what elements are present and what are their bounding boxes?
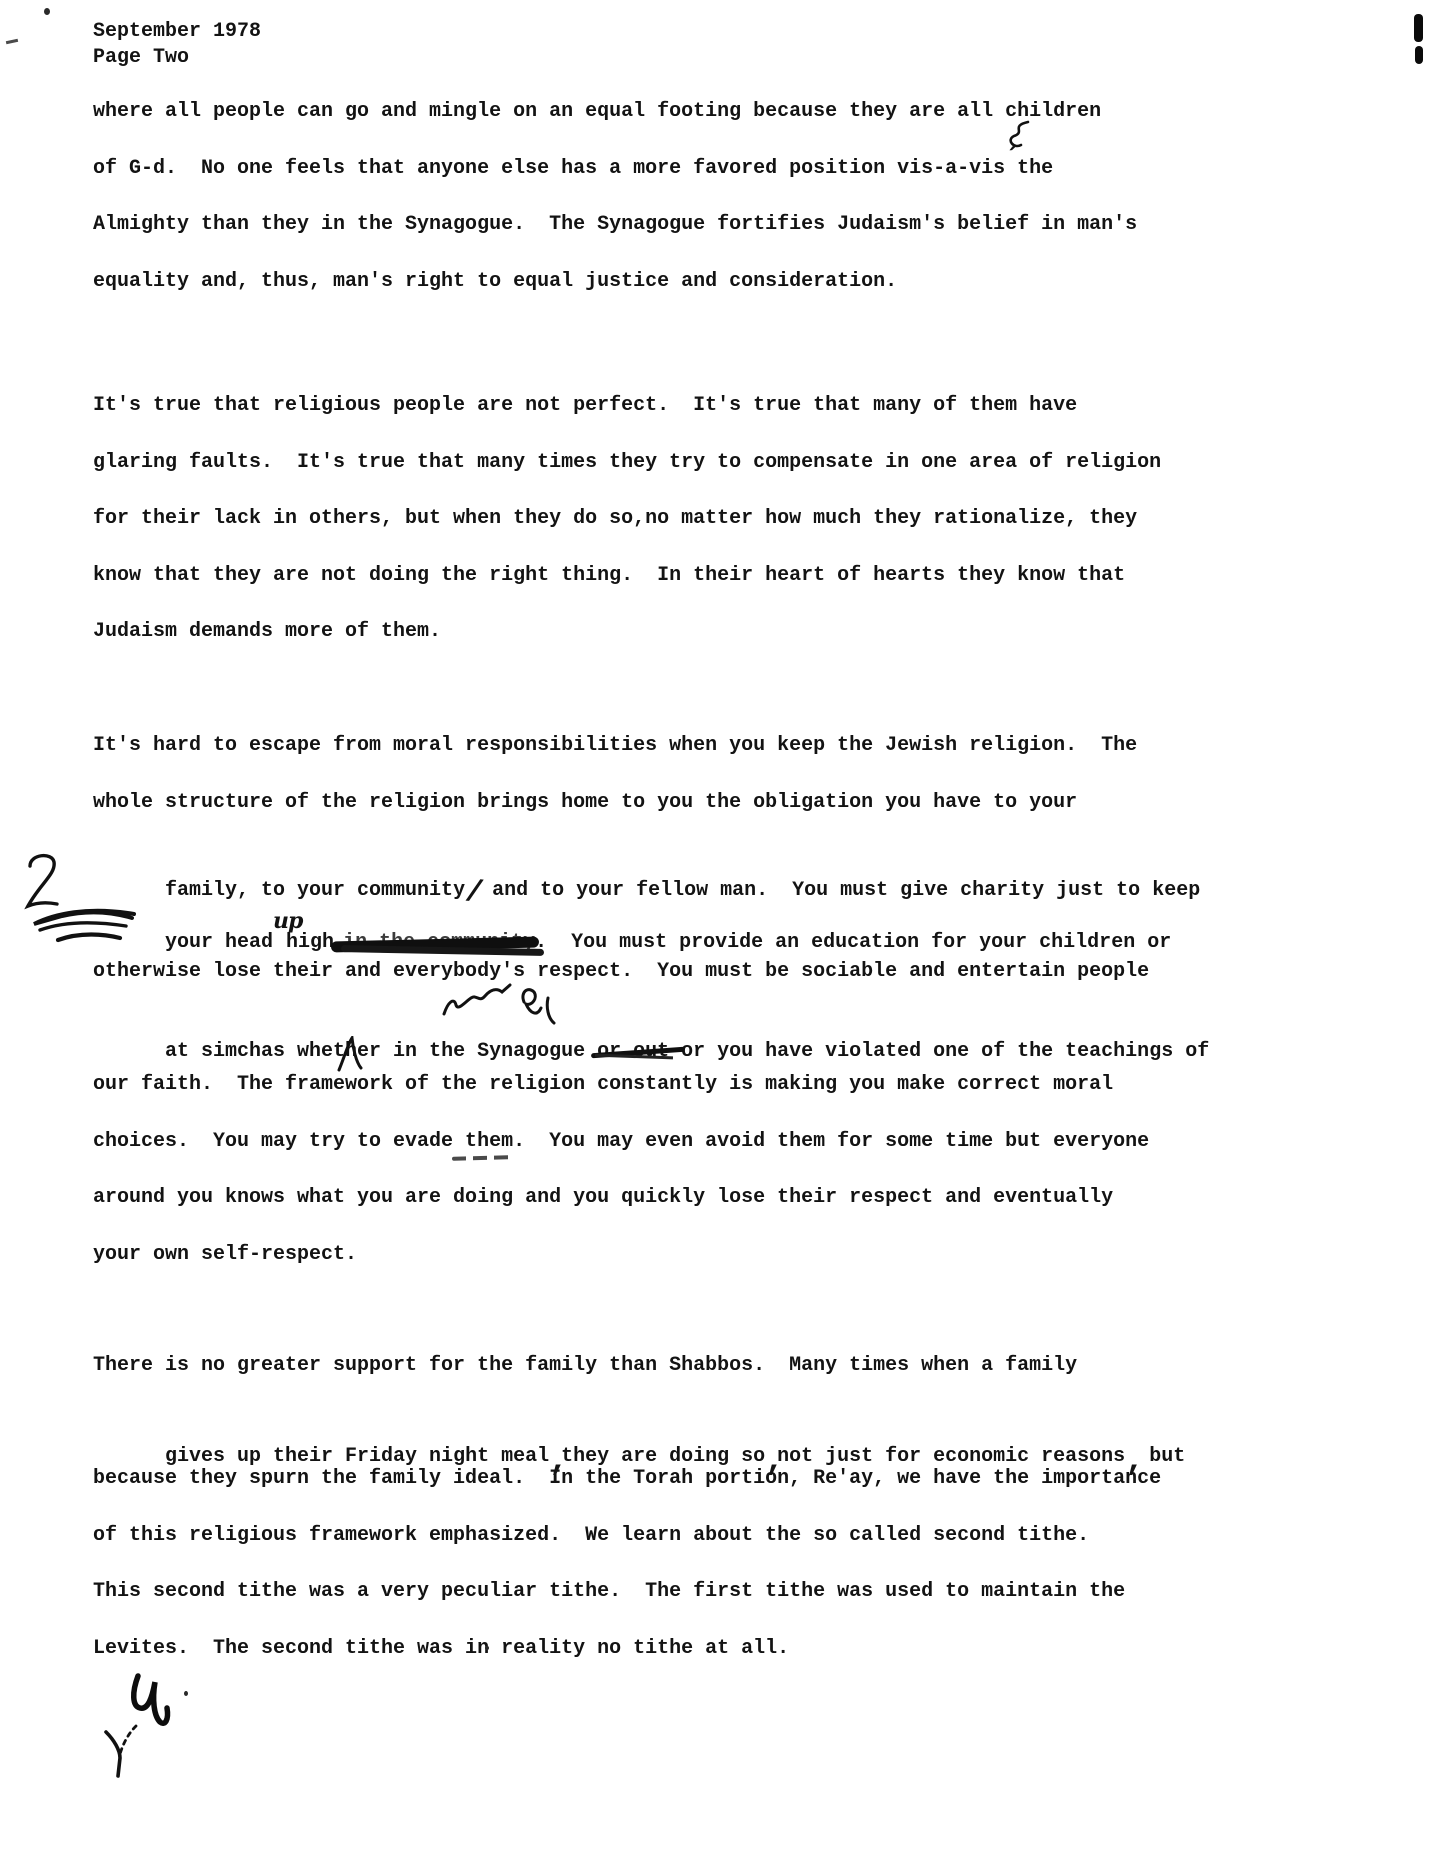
text-line-edited: gives up their Friday night meal,they ar… bbox=[93, 1411, 1185, 1468]
text-line: know that they are not doing the right t… bbox=[93, 564, 1161, 621]
text-line: equality and, thus, man's right to equal… bbox=[93, 270, 1137, 327]
scan-speck bbox=[44, 8, 50, 15]
text-line: whole structure of the religion brings h… bbox=[93, 791, 1209, 848]
document-page: September 1978 Page Two where all people… bbox=[0, 0, 1430, 1851]
text-line: otherwise lose their and everybody's res… bbox=[93, 960, 1209, 1017]
text-line: Almighty than they in the Synagogue. The… bbox=[93, 213, 1137, 270]
handwritten-caret-mark bbox=[336, 1036, 364, 1074]
text-line: where all people can go and mingle on an… bbox=[93, 100, 1137, 157]
text-segment: but bbox=[1137, 1445, 1185, 1468]
text-line: your own self-respect. bbox=[93, 1243, 1209, 1300]
struck-out-text: in the community bbox=[343, 931, 535, 954]
text-segment: not just for economic reasons bbox=[777, 1445, 1125, 1468]
text-segment: they are doing so bbox=[561, 1445, 765, 1468]
text-line: of G-d. No one feels that anyone else ha… bbox=[93, 157, 1137, 214]
text-line-edited: your headuphighin the community. You mus… bbox=[93, 904, 1209, 961]
header-date: September 1978 bbox=[93, 20, 261, 46]
text-line: It's true that religious people are not … bbox=[93, 394, 1161, 451]
scan-speck bbox=[184, 1691, 188, 1696]
page-header: September 1978 Page Two bbox=[93, 20, 261, 72]
text-segment: family, to your community bbox=[165, 879, 465, 902]
paragraph-3: It's hard to escape from moral responsib… bbox=[93, 734, 1209, 1299]
text-line: around you knows what you are doing and … bbox=[93, 1186, 1209, 1243]
header-page-label: Page Two bbox=[93, 46, 261, 72]
text-segment: the Synagogue bbox=[429, 1040, 597, 1063]
paragraph-1: where all people can go and mingle on an… bbox=[93, 100, 1137, 326]
scan-dash-mark bbox=[6, 39, 18, 44]
text-line-edited: at simchas whether in the Synagogue or o… bbox=[93, 1017, 1209, 1074]
paragraph-2: It's true that religious people are not … bbox=[93, 394, 1161, 677]
text-segment: . You must provide an education for your… bbox=[535, 931, 1171, 954]
text-segment: or you have violated one of the teaching… bbox=[669, 1040, 1209, 1063]
text-line: Levites. The second tithe was in reality… bbox=[93, 1637, 1185, 1694]
text-segment: and to your fellow man. You must give ch… bbox=[480, 879, 1200, 902]
text-line: choices. You may try to evade them. You … bbox=[93, 1130, 1209, 1187]
text-line: because they spurn the family ideal. In … bbox=[93, 1467, 1185, 1524]
text-line: of this religious framework emphasized. … bbox=[93, 1524, 1185, 1581]
scan-edge-mark bbox=[1414, 14, 1423, 42]
text-segment: your head bbox=[165, 931, 273, 954]
text-line-edited: family, to your community/ and to your f… bbox=[93, 847, 1209, 904]
handwritten-slash-mark: / bbox=[463, 875, 482, 911]
text-segment: gives up their Friday night meal bbox=[165, 1445, 549, 1468]
text-line: It's hard to escape from moral responsib… bbox=[93, 734, 1209, 791]
text-line: There is no greater support for the fami… bbox=[93, 1354, 1185, 1411]
struck-out-text: or out bbox=[597, 1040, 669, 1063]
handwritten-comma: , bbox=[765, 1442, 777, 1479]
handwritten-comma: , bbox=[1125, 1442, 1137, 1479]
handwritten-comma: , bbox=[549, 1442, 561, 1479]
scan-speck bbox=[485, 1646, 489, 1650]
handwritten-y-mark bbox=[102, 1724, 148, 1782]
text-line: our faith. The framework of the religion… bbox=[93, 1073, 1209, 1130]
text-line: glaring faults. It's true that many time… bbox=[93, 451, 1161, 508]
text-line: for their lack in others, but when they … bbox=[93, 507, 1161, 564]
handwritten-up-insertion: up bbox=[273, 908, 286, 934]
handwritten-scribble-underline bbox=[28, 904, 142, 956]
text-segment: high bbox=[286, 931, 334, 954]
handwritten-out-of-annotation bbox=[438, 982, 588, 1026]
text-line: This second tithe was a very peculiar ti… bbox=[93, 1580, 1185, 1637]
text-segment: at simchas whether in bbox=[165, 1040, 429, 1063]
scan-edge-mark bbox=[1415, 46, 1423, 64]
paragraph-4: There is no greater support for the fami… bbox=[93, 1354, 1185, 1693]
text-line: Judaism demands more of them. bbox=[93, 620, 1161, 677]
